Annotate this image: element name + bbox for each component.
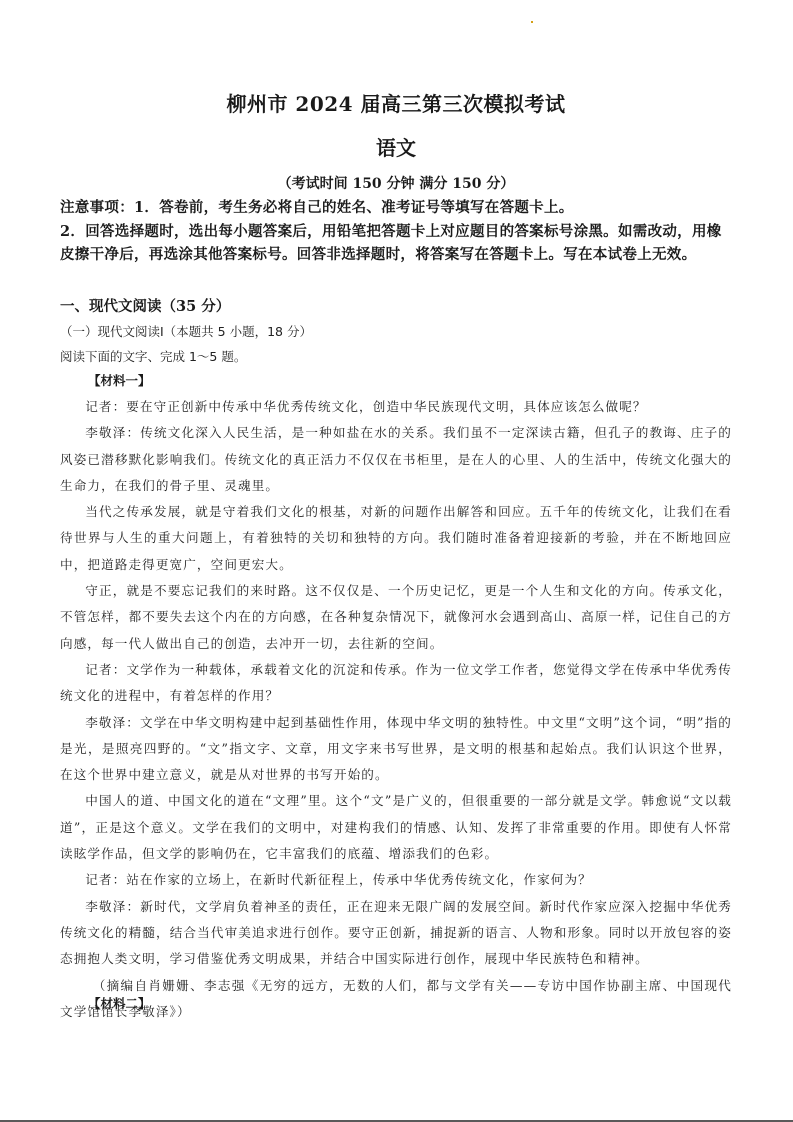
note-1: 注意事项：1．答卷前，考生务必将自己的姓名、准考证号等填写在答题卡上。 xyxy=(60,196,732,220)
paragraph: 李敬泽：文学在中华文明构建中起到基础性作用，体现中华文明的独特性。中文里“文明”… xyxy=(60,710,732,789)
paragraph: 记者：要在守正创新中传承中华优秀传统文化，创造中华民族现代文明，具体应该怎么做呢… xyxy=(60,394,732,420)
paragraph: 中国人的道、中国文化的道在“文理”里。这个“文”是广义的，但很重要的一部分就是文… xyxy=(60,788,732,867)
section-title: 一、现代文阅读（35 分） xyxy=(60,295,230,316)
subject-title: 语文 xyxy=(60,132,732,161)
citation: （摘编自肖姗姗、李志强《无穷的远方，无数的人们，都与文学有关——专访中国作协副主… xyxy=(60,973,732,1026)
exam-notes: 注意事项：1．答卷前，考生务必将自己的姓名、准考证号等填写在答题卡上。 2．回答… xyxy=(60,196,732,267)
paragraph: 当代之传承发展，就是守着我们文化的根基，对新的问题作出解答和回应。五千年的传统文… xyxy=(60,499,732,578)
material-one-text: 记者：要在守正创新中传承中华优秀传统文化，创造中华民族现代文明，具体应该怎么做呢… xyxy=(60,394,732,1025)
exam-title: 柳州市 2024 届高三第三次模拟考试 xyxy=(60,88,732,117)
subsection-title: （一）现代文阅读Ⅰ（本题共 5 小题，18 分） xyxy=(60,322,312,340)
paragraph: 记者：文学作为一种载体，承载着文化的沉淀和传承。作为一位文学工作者，您觉得文学在… xyxy=(60,657,732,710)
paragraph: 李敬泽：传统文化深入人民生活，是一种如盐在水的关系。我们虽不一定深读古籍，但孔子… xyxy=(60,420,732,499)
note-2: 2．回答选择题时，选出每小题答案后，用铅笔把答题卡上对应题目的答案标号涂黑。如需… xyxy=(60,220,732,267)
paragraph: 守正，就是不要忘记我们的来时路。这不仅仅是、一个历史记忆，更是一个人生和文化的方… xyxy=(60,578,732,657)
material-two-label: 【材料二】 xyxy=(88,994,151,1012)
reading-instruction: 阅读下面的文字、完成 1～5 题。 xyxy=(60,347,246,365)
paragraph: 李敬泽：新时代，文学肩负着神圣的责任，正在迎来无限广阔的发展空间。新时代作家应深… xyxy=(60,894,732,973)
material-one-label: 【材料一】 xyxy=(88,371,151,389)
exam-info: （考试时间 150 分钟 满分 150 分） xyxy=(60,173,732,193)
paragraph: 记者：站在作家的立场上，在新时代新征程上，传承中华优秀传统文化，作家何为？ xyxy=(60,867,732,893)
scan-dot-mark xyxy=(531,21,533,23)
